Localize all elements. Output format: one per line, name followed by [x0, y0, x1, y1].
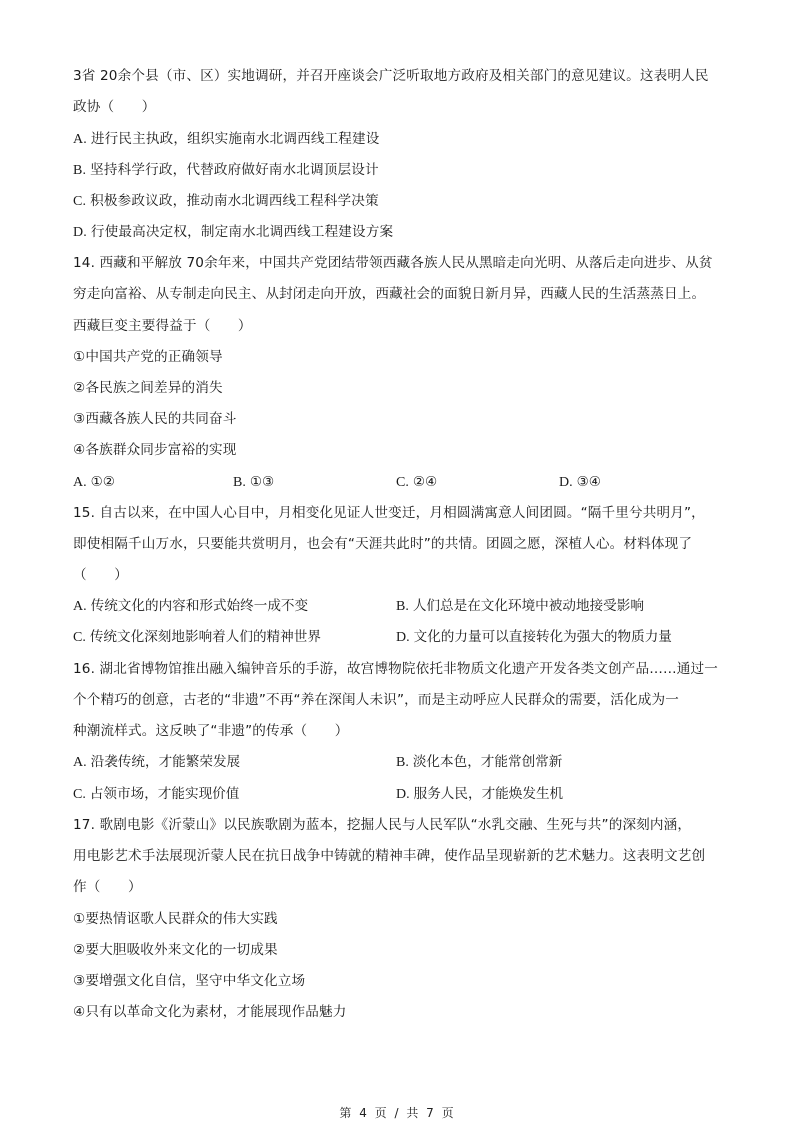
q14-option-b: B.①③ — [233, 472, 274, 493]
option-text: ③④ — [577, 474, 601, 490]
option-text: 服务人民，才能焕发生机 — [414, 786, 564, 802]
q16-stem-line-3: 种潮流样式。这反映了“非遗”的传承（ ） — [73, 721, 349, 741]
option-text: 传统文化的内容和形式始终一成不变 — [91, 598, 309, 614]
q14-statement-1: ①中国共产党的正确领导 — [73, 347, 223, 367]
q16-stem-line-1: 16. 湖北省博物馆推出融入编钟音乐的手游，故宫博物院依托非物质文化遗产开发各类… — [73, 659, 718, 679]
option-label: B. — [396, 755, 409, 770]
q13-option-b: B.坚持科学行政，代替政府做好南水北调顶层设计 — [73, 160, 379, 180]
q17-statement-4: ④只有以革命文化为素材，才能展现作品魅力 — [73, 1002, 346, 1022]
option-text: 积极参政议政，推动南水北调西线工程科学决策 — [90, 193, 379, 209]
q16-option-b: B.淡化本色，才能常创常新 — [396, 752, 562, 773]
q15-option-c: C.传统文化深刻地影响着人们的精神世界 — [73, 627, 321, 648]
q17-statement-3: ③要增强文化自信，坚守中华文化立场 — [73, 971, 305, 991]
q16-option-a: A.沿袭传统，才能繁荣发展 — [73, 752, 240, 773]
option-text: 淡化本色，才能常创常新 — [413, 754, 563, 770]
option-text: 传统文化深刻地影响着人们的精神世界 — [90, 629, 321, 645]
page-number-footer: 第 4 页 / 共 7 页 — [0, 1104, 793, 1121]
option-text: 占领市场，才能实现价值 — [90, 786, 240, 802]
option-label: A. — [73, 475, 87, 490]
q15-stem-line-3: （ ） — [73, 565, 128, 585]
q15-option-d: D.文化的力量可以直接转化为强大的物质力量 — [396, 627, 672, 648]
option-label: D. — [559, 475, 573, 490]
option-label: D. — [396, 787, 410, 802]
q14-stem-line-1: 14. 西藏和平解放 70余年来，中国共产党团结带领西藏各族人民从黑暗走向光明、… — [73, 253, 713, 273]
q14-stem-line-2: 穷走向富裕、从专制走向民主、从封闭走向开放，西藏社会的面貌日新月异，西藏人民的生… — [73, 284, 705, 304]
q14-option-d: D.③④ — [559, 472, 601, 493]
option-label: C. — [396, 475, 409, 490]
option-text: ②④ — [413, 474, 437, 490]
q15-option-a: A.传统文化的内容和形式始终一成不变 — [73, 596, 308, 617]
option-label: B. — [396, 599, 409, 614]
q14-option-c: C.②④ — [396, 472, 437, 493]
option-label: C. — [73, 630, 86, 645]
q16-option-c: C.占领市场，才能实现价值 — [73, 784, 239, 805]
option-text: 进行民主执政，组织实施南水北调西线工程建设 — [91, 131, 380, 147]
option-label: C. — [73, 194, 86, 209]
option-text: ①③ — [250, 474, 274, 490]
option-label: D. — [396, 630, 410, 645]
q14-stem-line-3: 西藏巨变主要得益于（ ） — [73, 316, 252, 336]
q14-statement-4: ④各族群众同步富裕的实现 — [73, 440, 237, 460]
option-text: 行使最高决定权，制定南水北调西线工程建设方案 — [91, 224, 393, 240]
q14-statement-2: ②各民族之间差异的消失 — [73, 378, 223, 398]
q13-option-a: A.进行民主执政，组织实施南水北调西线工程建设 — [73, 129, 380, 149]
option-label: D. — [73, 225, 87, 240]
option-text: 坚持科学行政，代替政府做好南水北调顶层设计 — [90, 162, 379, 178]
q13-stem-line-2: 政协（ ） — [73, 97, 155, 117]
q14-statement-3: ③西藏各族人民的共同奋斗 — [73, 409, 237, 429]
q17-stem-line-3: 作（ ） — [73, 877, 142, 897]
option-label: C. — [73, 787, 86, 802]
q17-stem-line-2: 用电影艺术手法展现沂蒙人民在抗日战争中铸就的精神丰碑，使作品呈现崭新的艺术魅力。… — [73, 846, 705, 866]
option-text: 文化的力量可以直接转化为强大的物质力量 — [414, 629, 672, 645]
q17-statement-1: ①要热情讴歌人民群众的伟大实践 — [73, 909, 278, 929]
exam-page: 3省 20余个县（市、区）实地调研，并召开座谈会广泛听取地方政府及相关部门的意见… — [0, 0, 793, 1122]
q14-option-a: A.①② — [73, 472, 115, 493]
q15-stem-line-2: 即使相隔千山万水，只要能共赏明月，也会有“天涯共此时”的共情。团圆之愿，深植人心… — [73, 534, 692, 554]
option-label: B. — [233, 475, 246, 490]
option-text: ①② — [91, 474, 115, 490]
option-label: B. — [73, 163, 86, 178]
option-label: A. — [73, 755, 87, 770]
q17-stem-line-1: 17. 歌剧电影《沂蒙山》以民族歌剧为蓝本，挖掘人民与人民军队“水乳交融、生死与… — [73, 815, 691, 835]
option-text: 沿袭传统，才能繁荣发展 — [91, 754, 241, 770]
q17-statement-2: ②要大胆吸收外来文化的一切成果 — [73, 940, 278, 960]
q16-option-d: D.服务人民，才能焕发生机 — [396, 784, 563, 805]
q13-option-c: C.积极参政议政，推动南水北调西线工程科学决策 — [73, 191, 379, 211]
option-label: A. — [73, 599, 87, 614]
option-text: 人们总是在文化环境中被动地接受影响 — [413, 598, 644, 614]
q13-option-d: D.行使最高决定权，制定南水北调西线工程建设方案 — [73, 222, 393, 242]
q15-option-b: B.人们总是在文化环境中被动地接受影响 — [396, 596, 644, 617]
q15-stem-line-1: 15. 自古以来，在中国人心目中，月相变化见证人世变迁，月相圆满寓意人间团圆。“… — [73, 503, 705, 523]
q13-stem-line-1: 3省 20余个县（市、区）实地调研，并召开座谈会广泛听取地方政府及相关部门的意见… — [73, 66, 709, 86]
q16-stem-line-2: 个个精巧的创意，古老的“非遗”不再“养在深闺人未识”，而是主动呼应人民群众的需要… — [73, 690, 679, 710]
option-label: A. — [73, 132, 87, 147]
